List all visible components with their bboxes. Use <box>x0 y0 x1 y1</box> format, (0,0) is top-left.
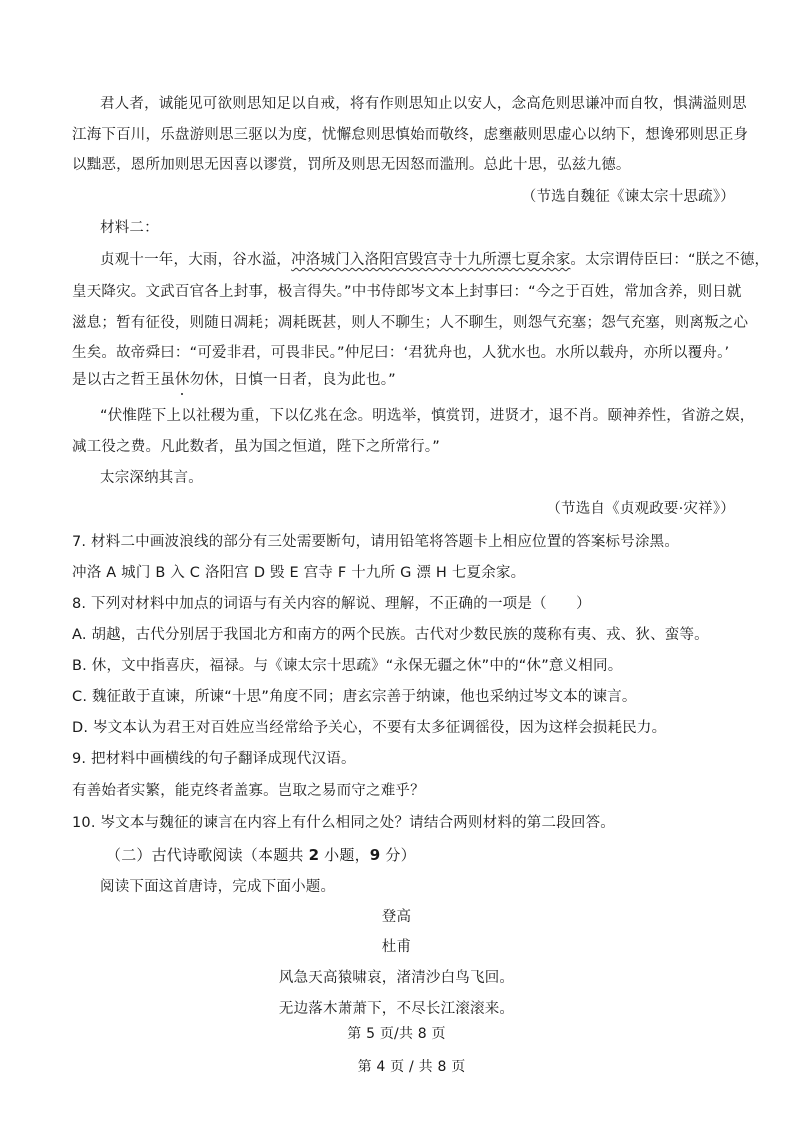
material-two-source: （节选自《贞观政要·灾祥》） <box>546 499 735 519</box>
text-segment: 分） <box>380 846 415 864</box>
material-two-p1-line-2: 皇天降灾。文武百官各上封事，极言得失。”中书侍郎岑文本上封事曰：“今之于百姓，常… <box>72 282 742 302</box>
material-two-p2-line-2: 减工役之费。凡此数者，虽为国之恒道，陛下之所常行。” <box>72 437 440 457</box>
text-segment: 勿休，日慎一日者，良为此也。” <box>190 372 396 388</box>
question-10-stem: 10. 岑文本与魏征的谏言在内容上有什么相同之处？请结合两则材料的第二段回答。 <box>72 813 615 833</box>
material-two-p1-line-5: 是以古之哲王虽休勿休，日慎一日者，良为此也。” <box>72 370 396 390</box>
inner-page-number: 第 5 页/共 8 页 <box>0 1024 793 1044</box>
text-segment: 小题， <box>319 846 370 864</box>
material-two-p1-line-3: 滋息；暂有征役，则随日凋耗；凋耗既甚，则人不聊生；人不聊生，则怨气充塞；怨气充塞… <box>72 313 748 333</box>
dotted-word: 休 <box>175 372 190 388</box>
question-8-option-a: A. 胡越，古代分别居于我国北方和南方的两个民族。古代对少数民族的蔑称有夷、戎、… <box>72 625 709 645</box>
material-one-line-2: 江海下百川，乐盘游则思三驱以为度，忧懈怠则思慎始而敬终，虑壅蔽则思虚心以纳下，想… <box>72 125 748 145</box>
poem-line-1: 风急天高猿啸哀，渚清沙白鸟飞回。 <box>0 968 793 988</box>
question-9-text: 有善始者实繁，能克终者盖寡。岂取之易而守之难乎？ <box>72 781 425 801</box>
material-two-p1-line-1: 贞观十一年，大雨，谷水溢，冲洛城门入洛阳宫毁宫寺十九所漂七夏余家。太宗谓侍臣曰：… <box>100 250 769 270</box>
material-two-p3: 太宗深纳其言。 <box>100 468 203 488</box>
poem-author: 杜甫 <box>0 937 793 957</box>
question-7-text: 冲洛 A 城门 B 入 C 洛阳宫 D 毁 E 宫寺 F 十九所 G 漂 H 七… <box>72 563 525 583</box>
question-count: 2 <box>309 846 320 864</box>
wavy-underlined-passage: 冲洛城门入洛阳宫毁宫寺十九所漂七夏余家 <box>291 252 570 268</box>
outer-page-number: 第 4 页 / 共 8 页 <box>0 1057 793 1077</box>
question-7-stem: 7. 材料二中画波浪线的部分有三处需要断句，请用铅笔将答题卡上相应位置的答案标号… <box>72 532 679 552</box>
question-8-option-d: D. 岑文本认为君王对百姓应当经常给予关心，不要有太多征调徭役，因为这样会损耗民… <box>72 718 666 738</box>
text-segment: 。太宗谓侍臣曰：“朕之不德， <box>570 252 769 268</box>
material-one-source: （节选自魏征《谏太宗十思疏》） <box>522 187 735 207</box>
question-8-option-c: C. 魏征敢于直谏，所谏“十思”角度不同；唐玄宗善于纳谏，他也采纳过岑文本的谏言… <box>72 687 637 707</box>
text-segment: 是以古之哲王虽 <box>72 372 175 388</box>
question-8-option-b: B. 休，文中指喜庆，福禄。与《谏太宗十思疏》“永保无疆之休”中的“休”意义相同… <box>72 656 622 676</box>
material-one-line-1: 君人者，诚能见可欲则思知足以自戒，将有作则思知止以安人，念高危则思谦冲而自牧，惧… <box>100 94 747 114</box>
text-segment: 贞观十一年，大雨，谷水溢， <box>100 252 291 268</box>
section-two-instruction: 阅读下面这首唐诗，完成下面小题。 <box>100 877 335 897</box>
question-8-stem: 8. 下列对材料中加点的词语与有关内容的解说、理解，不正确的一项是（ ） <box>72 594 591 614</box>
score: 9 <box>370 846 381 864</box>
poem-line-2: 无边落木萧萧下，不尽长江滚滚来。 <box>0 999 793 1019</box>
section-two-heading: （二）古代诗歌阅读（本题共 2 小题，9 分） <box>106 845 416 865</box>
material-two-p2-line-1: “伏惟陛下上以社稷为重，下以亿兆在念。明选举，慎赏罚，进贤才，退不肖。颐神养性，… <box>100 406 755 426</box>
poem-title: 登高 <box>0 907 793 927</box>
material-two-heading: 材料二： <box>100 218 159 238</box>
text-segment: （二）古代诗歌阅读（本题共 <box>106 846 309 864</box>
question-9-stem: 9. 把材料中画横线的句子翻译成现代汉语。 <box>72 749 356 769</box>
material-two-p1-line-4: 生矣。故帝舜曰：“可爱非君，可畏非民。”仲尼曰：‘君犹舟也，人犹水也。水所以载舟… <box>72 343 729 363</box>
material-one-line-3: 以黜恶，恩所加则思无因喜以谬赏，罚所及则思无因怒而滥刑。总此十思，弘兹九德。 <box>72 155 631 175</box>
